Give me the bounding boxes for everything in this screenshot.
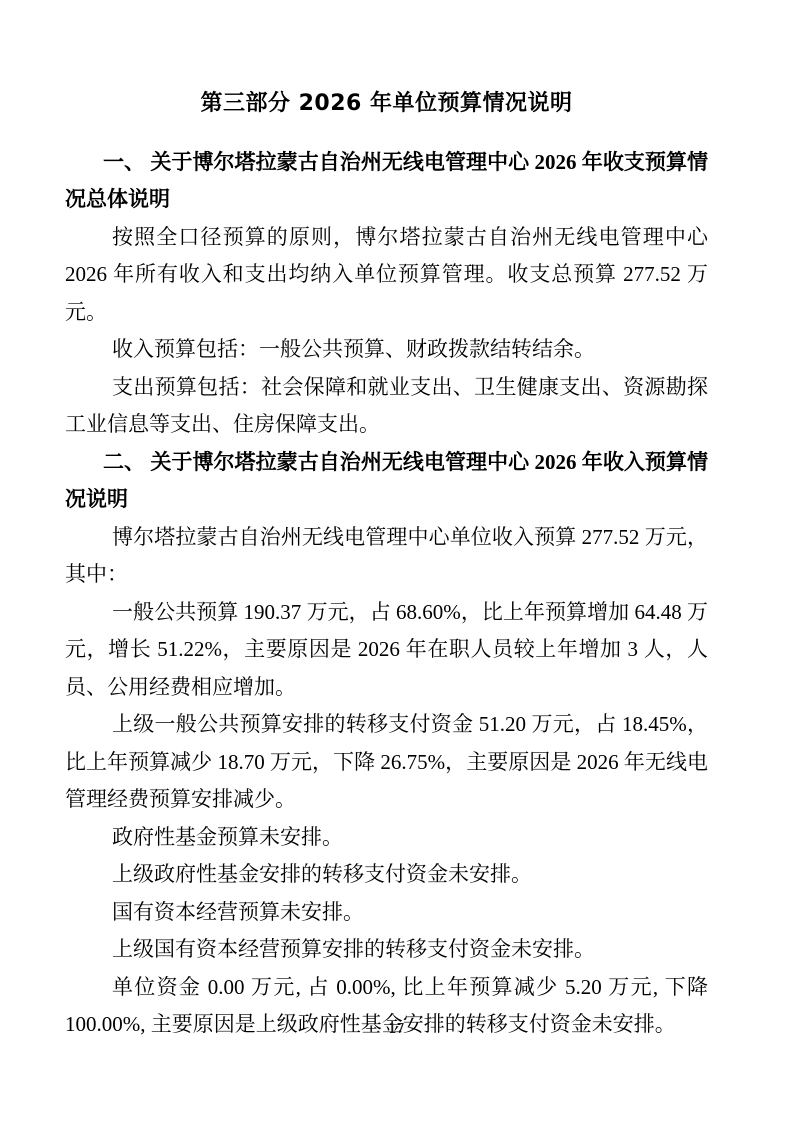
section-2-heading: 二、 关于博尔塔拉蒙古自治州无线电管理中心 2026 年收入预算情况说明	[65, 444, 708, 519]
section-2-paragraph-state-capital: 国有资本经营预算未安排。	[65, 894, 708, 932]
section-1-heading: 一、 关于博尔塔拉蒙古自治州无线电管理中心 2026 年收支预算情况总体说明	[65, 144, 708, 219]
section-2-paragraph-total-income: 博尔塔拉蒙古自治州无线电管理中心单位收入预算 277.52 万元，其中：	[65, 519, 708, 594]
section-1-paragraph-expenditure-scope: 支出预算包括：社会保障和就业支出、卫生健康支出、资源勘探工业信息等支出、住房保障…	[65, 369, 708, 444]
page-number: 17	[0, 1022, 793, 1038]
document-page: 第三部分 2026 年单位预算情况说明 一、 关于博尔塔拉蒙古自治州无线电管理中…	[0, 0, 793, 1122]
section-2-paragraph-transfer-payment: 上级一般公共预算安排的转移支付资金 51.20 万元，占 18.45%，比上年预…	[65, 706, 708, 819]
document-title: 第三部分 2026 年单位预算情况说明	[65, 85, 708, 123]
section-2-paragraph-gov-fund: 政府性基金预算未安排。	[65, 819, 708, 857]
section-2-paragraph-gov-fund-transfer: 上级政府性基金安排的转移支付资金未安排。	[65, 856, 708, 894]
section-1-paragraph-income-scope: 收入预算包括：一般公共预算、财政拨款结转结余。	[65, 331, 708, 369]
section-2-paragraph-state-capital-transfer: 上级国有资本经营预算安排的转移支付资金未安排。	[65, 931, 708, 969]
section-2-paragraph-general-public-budget: 一般公共预算 190.37 万元，占 68.60%，比上年预算增加 64.48 …	[65, 594, 708, 707]
section-1-paragraph-overview: 按照全口径预算的原则，博尔塔拉蒙古自治州无线电管理中心 2026 年所有收入和支…	[65, 219, 708, 332]
